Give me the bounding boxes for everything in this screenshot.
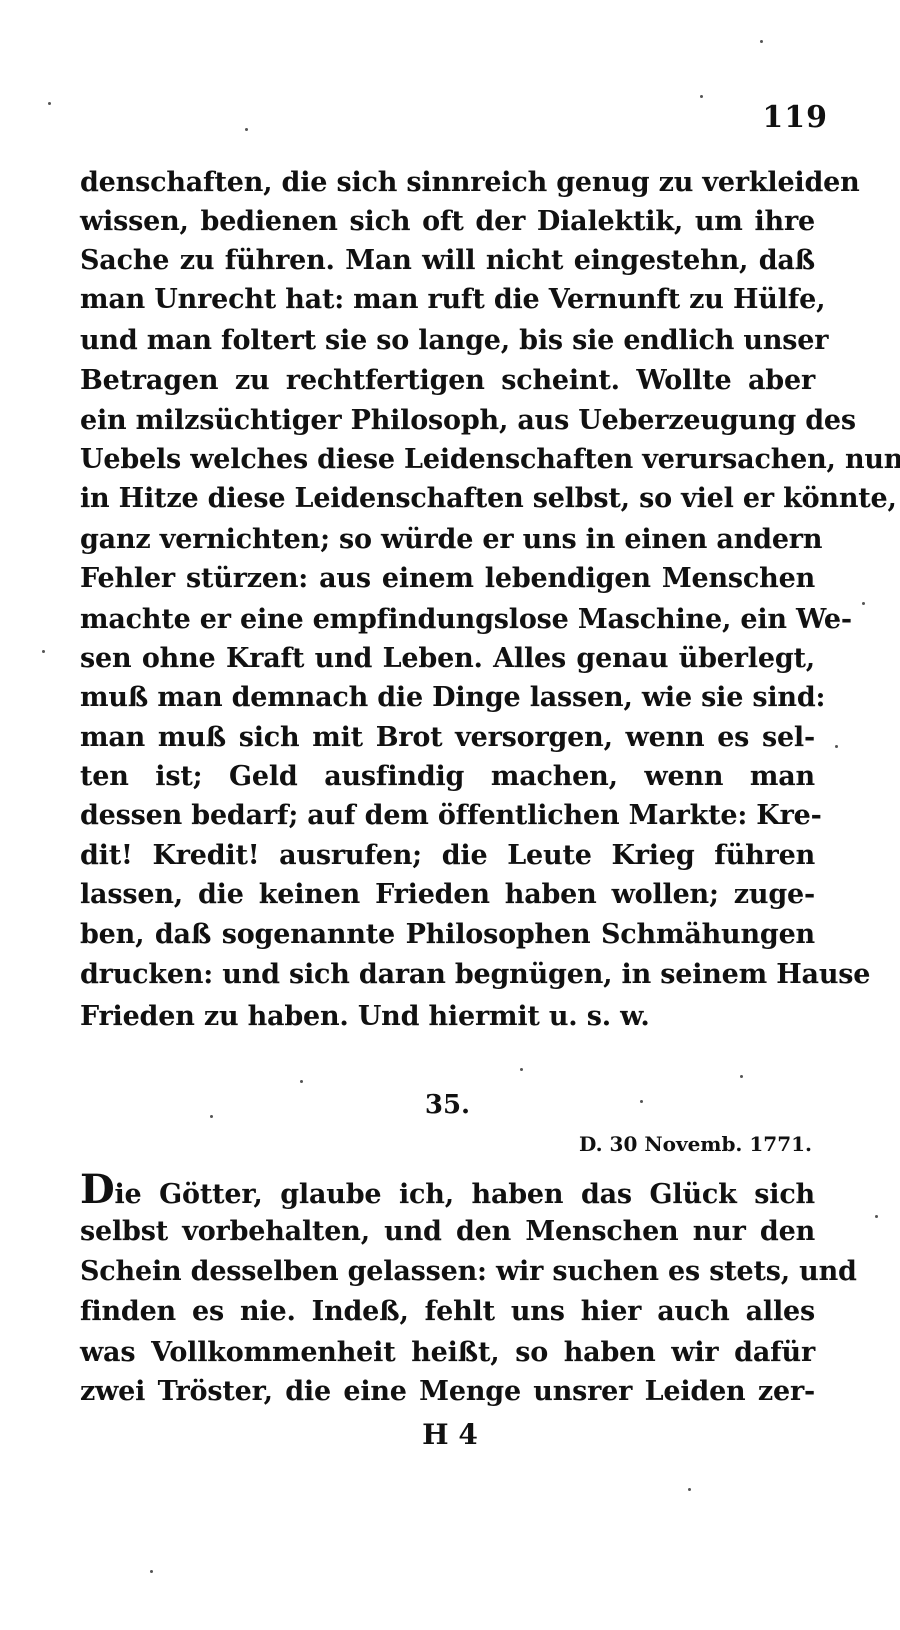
text-line: selbst vorbehalten, und den Menschen nur… bbox=[80, 1212, 815, 1252]
text-line: man muß sich mit Brot versorgen, wenn es… bbox=[80, 718, 815, 758]
book-page: 119 denschaften, die sich sinnreich genu… bbox=[0, 0, 900, 1630]
text-line: sen ohne Kraft und Leben. Alles genau üb… bbox=[80, 639, 815, 679]
text-line: dit! Kredit! ausrufen; die Leute Krieg f… bbox=[80, 836, 815, 876]
text-line: ein milzsüchtiger Philosoph, aus Ueberze… bbox=[80, 401, 815, 441]
text-line: zwei Tröster, die eine Menge unsrer Leid… bbox=[80, 1372, 815, 1412]
letter-dateline: D. 30 Novemb. 1771. bbox=[579, 1132, 812, 1156]
text-line: ben, daß sogenannte Philosophen Schmähun… bbox=[80, 915, 815, 955]
text-line: ten ist; Geld ausfindig machen, wenn man bbox=[80, 757, 815, 797]
text-line: Sache zu führen. Man will nicht eingeste… bbox=[80, 241, 815, 281]
text-line: dessen bedarf; auf dem öffentlichen Mark… bbox=[80, 796, 815, 836]
text-line: machte er eine empfindungslose Maschine,… bbox=[80, 600, 815, 640]
text-line: Fehler stürzen: aus einem lebendigen Men… bbox=[80, 559, 815, 599]
page-number: 119 bbox=[762, 100, 828, 135]
text-line: was Vollkommenheit heißt, so haben wir d… bbox=[80, 1333, 815, 1373]
text-line: Uebels welches diese Leidenschaften veru… bbox=[80, 440, 815, 480]
text-line: man Unrecht hat: man ruft die Vernunft z… bbox=[80, 280, 815, 320]
text-line: ganz vernichten; so würde er uns in eine… bbox=[80, 520, 815, 560]
text-line: Betragen zu rechtfertigen scheint. Wollt… bbox=[80, 361, 815, 401]
text-line: und man foltert sie so lange, bis sie en… bbox=[80, 321, 815, 361]
text-line: muß man demnach die Dinge lassen, wie si… bbox=[80, 678, 815, 718]
text-line: Schein desselben gelassen: wir suchen es… bbox=[80, 1252, 815, 1292]
text-line: drucken: und sich daran begnügen, in sei… bbox=[80, 955, 815, 995]
text-line: Frieden zu haben. Und hiermit u. s. w. bbox=[80, 997, 815, 1037]
text-line: wissen, bedienen sich oft der Dialektik,… bbox=[80, 202, 815, 242]
text-line-first: Die Götter, glaube ich, haben das Glück … bbox=[80, 1170, 815, 1210]
drop-cap: D bbox=[80, 1166, 115, 1213]
text-line: lassen, die keinen Frieden haben wollen;… bbox=[80, 875, 815, 915]
text-line: denschaften, die sich sinnreich genug zu… bbox=[80, 163, 815, 203]
text-line: finden es nie. Indeß, fehlt uns hier auc… bbox=[80, 1292, 815, 1332]
letter-number: 35. bbox=[80, 1090, 815, 1120]
signature-mark: H 4 bbox=[0, 1418, 900, 1451]
text-line-content: ie Götter, glaube ich, haben das Glück s… bbox=[115, 1179, 816, 1210]
text-line: in Hitze diese Leidenschaften selbst, so… bbox=[80, 479, 815, 519]
